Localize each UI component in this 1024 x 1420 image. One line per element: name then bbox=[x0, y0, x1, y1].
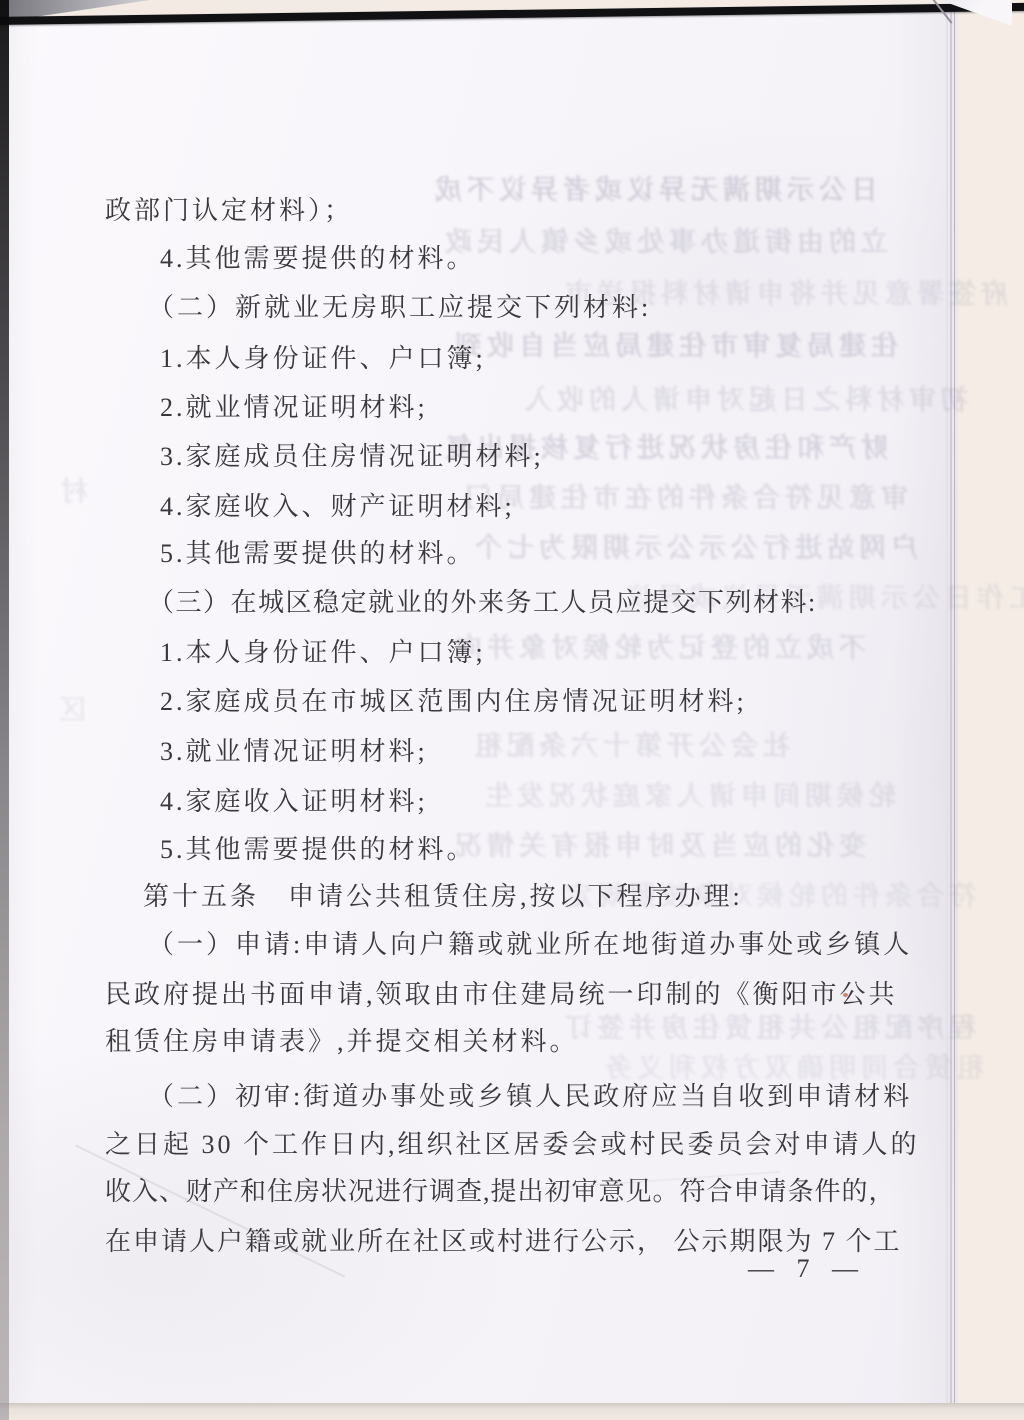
text-line: 之日起 30 个工作日内,组织社区居委会或村民委员会对申请人的 bbox=[105, 1124, 920, 1161]
text-line: 民政府提出书面申请,领取由市住建局统一印制的《衡阳市公共 bbox=[105, 974, 898, 1011]
text-line: 4.家庭收入证明材料; bbox=[160, 781, 428, 818]
text-line: 3.家庭成员住房情况证明材料; bbox=[160, 436, 544, 473]
document-text-layer: 政部门认定材料）； 4.其他需要提供的材料。 （二）新就业无房职工应提交下列材料… bbox=[0, 0, 1024, 1420]
text-line: 4.家庭收入、财产证明材料; bbox=[160, 486, 515, 523]
text-line: 3.就业情况证明材料; bbox=[160, 731, 428, 768]
page-number: — 7 — bbox=[748, 1254, 866, 1284]
text-line: 1.本人身份证件、户口簿; bbox=[160, 632, 486, 669]
scanned-document-page: 日公示期满无异议或者异议不成 立的由街道办事处或乡镇人民政 府签署意见并将申请材… bbox=[0, 0, 1024, 1420]
text-line: （二）新就业无房职工应提交下列材料: bbox=[148, 287, 651, 324]
text-line: 2.家庭成员在市城区范围内住房情况证明材料; bbox=[160, 681, 747, 718]
text-line: 5.其他需要提供的材料。 bbox=[160, 829, 476, 866]
text-line: 1.本人身份证件、户口簿; bbox=[160, 338, 486, 375]
text-line: 2.就业情况证明材料; bbox=[160, 387, 428, 424]
text-line: 4.其他需要提供的材料。 bbox=[160, 238, 476, 275]
text-line-article-15: 第十五条 申请公共租赁住房,按以下程序办理: bbox=[143, 876, 743, 913]
text-line: （一）申请:申请人向户籍或就业所在地街道办事处或乡镇人 bbox=[148, 924, 912, 961]
text-line: （二）初审:街道办事处或乡镇人民政府应当自收到申请材料 bbox=[148, 1076, 912, 1113]
ink-speck bbox=[843, 993, 848, 997]
text-line: （三）在城区稳定就业的外来务工人员应提交下列材料: bbox=[148, 582, 817, 619]
text-line: 在申请人户籍或就业所在社区或村进行公示， 公示期限为 7 个工 bbox=[105, 1221, 902, 1258]
text-line: 5.其他需要提供的材料。 bbox=[160, 533, 476, 570]
text-line: 政部门认定材料）； bbox=[105, 190, 353, 227]
scanner-edge-left-shadow bbox=[0, 0, 9, 1420]
text-line: 租赁住房申请表》,并提交相关材料。 bbox=[105, 1021, 579, 1058]
text-line: 收入、财产和住房状况进行调查,提出初审意见。符合申请条件的， bbox=[105, 1171, 896, 1208]
